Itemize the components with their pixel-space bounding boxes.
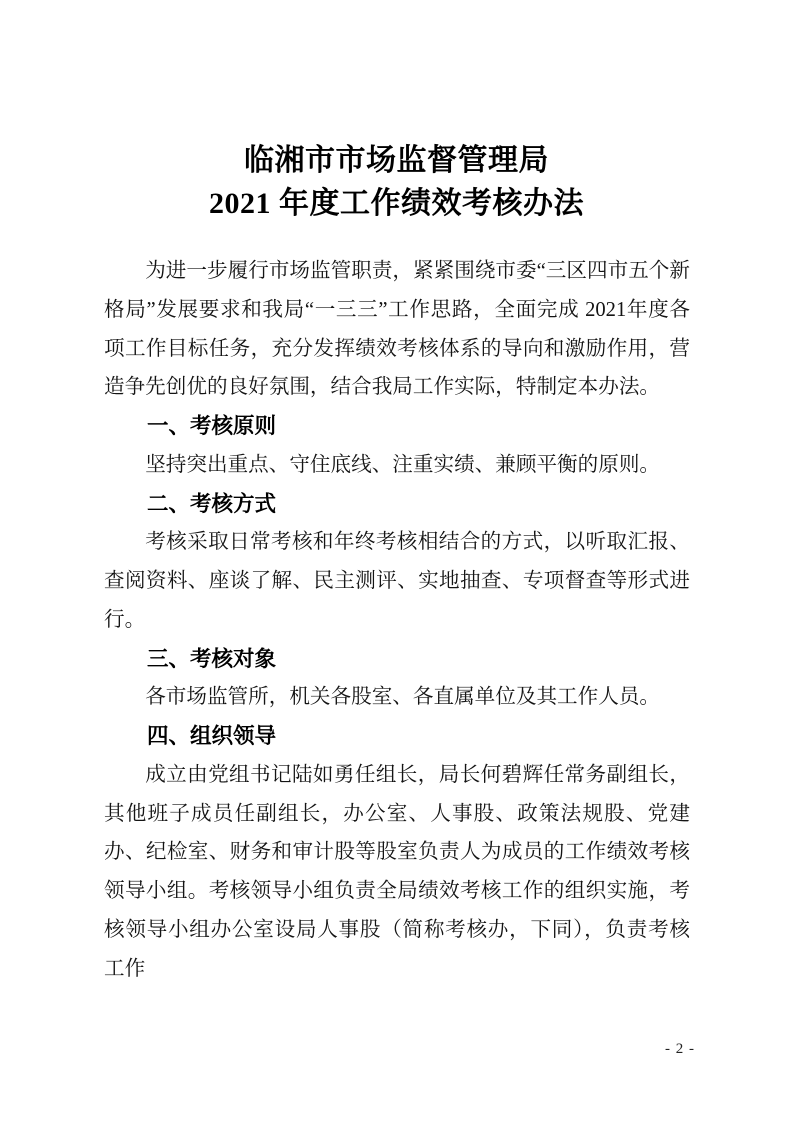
section-heading-methods: 二、考核方式 <box>104 485 690 524</box>
document-title: 临湘市市场监督管理局 2021 年度工作绩效考核办法 <box>0 139 793 225</box>
section-paragraph-leadership: 成立由党组书记陆如勇任组长，局长何碧辉任常务副组长，其他班子成员任副组长，办公室… <box>104 756 690 989</box>
section-heading-leadership: 四、组织领导 <box>104 717 690 756</box>
section-heading-targets: 三、考核对象 <box>104 640 690 679</box>
section-heading-principles: 一、考核原则 <box>104 407 690 446</box>
section-paragraph-targets: 各市场监管所，机关各股室、各直属单位及其工作人员。 <box>104 678 690 717</box>
intro-paragraph: 为进一步履行市场监管职责，紧紧围绕市委“三区四市五个新格局”发展要求和我局“一三… <box>104 252 690 407</box>
section-paragraph-methods: 考核采取日常考核和年终考核相结合的方式，以听取汇报、查阅资料、座谈了解、民主测评… <box>104 523 690 639</box>
section-paragraph-principles: 坚持突出重点、守住底线、注重实绩、兼顾平衡的原则。 <box>104 446 690 485</box>
page-footer: - 2 - <box>665 1038 695 1060</box>
document-page: 临湘市市场监督管理局 2021 年度工作绩效考核办法 为进一步履行市场监管职责，… <box>0 0 793 1122</box>
document-body: 为进一步履行市场监管职责，紧紧围绕市委“三区四市五个新格局”发展要求和我局“一三… <box>104 252 690 988</box>
document-title-line2: 2021 年度工作绩效考核办法 <box>0 182 793 225</box>
document-title-line1: 临湘市市场监督管理局 <box>0 139 793 182</box>
page-number: - 2 - <box>665 1041 695 1057</box>
